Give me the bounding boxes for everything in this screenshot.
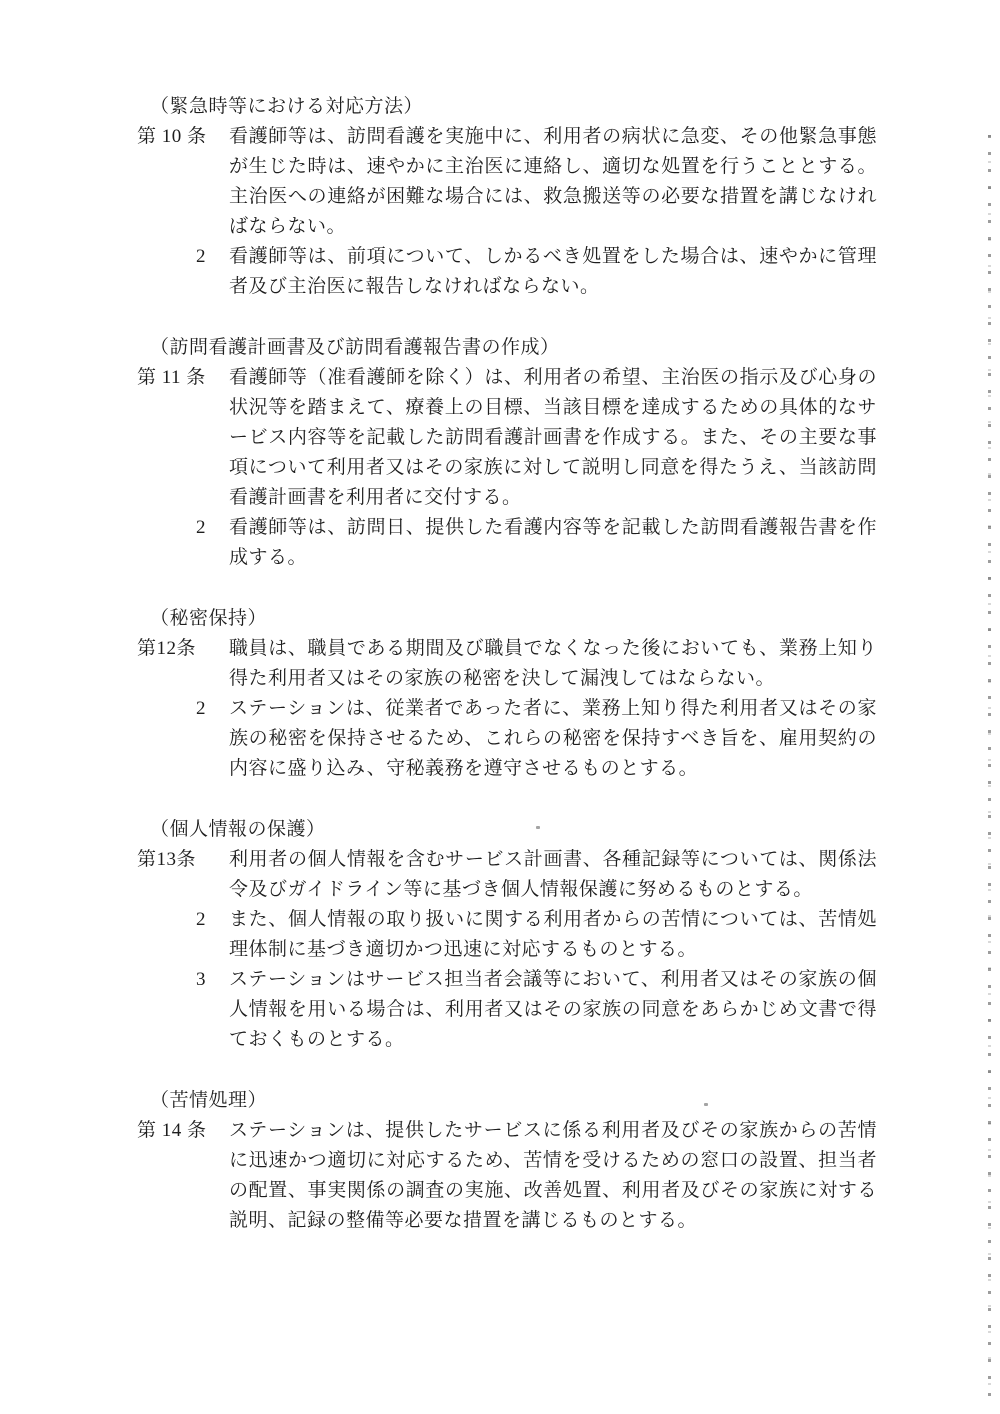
section-confidentiality: （秘密保持） 第12条 職員は、職員である期間及び職員でなくなった後においても、…	[0, 604, 1000, 784]
subitem-text: ステーションはサービス担当者会議等において、利用者又はその家族の個人情報を用いる…	[229, 965, 877, 1055]
article-number: 第 14 条	[137, 1116, 207, 1146]
section-personal-information: （個人情報の保護） 第13条 利用者の個人情報を含むサービス計画書、各種記録等に…	[0, 815, 1000, 1055]
section-heading: （緊急時等における対応方法）	[150, 92, 877, 122]
section-care-plan-and-report: （訪問看護計画書及び訪問看護報告書の作成） 第 11 条 看護師等（准看護師を除…	[0, 333, 1000, 573]
subitem-row: 3 ステーションはサービス担当者会議等において、利用者又はその家族の個人情報を用…	[229, 965, 877, 1055]
article-number: 第 11 条	[137, 363, 206, 393]
subitem-row: 2 看護師等は、訪問日、提供した看護内容等を記載した訪問看護報告書を作成する。	[229, 513, 877, 573]
article-row: 第 10 条 看護師等は、訪問看護を実施中に、利用者の病状に急変、その他緊急事態…	[229, 122, 877, 242]
subitem-number: 2	[196, 242, 206, 272]
subitem-number: 2	[196, 513, 206, 543]
subitem-text: 看護師等は、前項について、しかるべき処置をした場合は、速やかに管理者及び主治医に…	[229, 242, 877, 302]
scan-artifact-speck	[704, 1103, 708, 1106]
subitem-text: ステーションは、従業者であった者に、業務上知り得た利用者又はその家族の秘密を保持…	[229, 694, 877, 784]
scan-artifact-speck	[536, 826, 540, 829]
article-text: 看護師等（准看護師を除く）は、利用者の希望、主治医の指示及び心身の状況等を踏まえ…	[229, 363, 877, 513]
article-row: 第 11 条 看護師等（准看護師を除く）は、利用者の希望、主治医の指示及び心身の…	[229, 363, 877, 513]
section-emergency-response: （緊急時等における対応方法） 第 10 条 看護師等は、訪問看護を実施中に、利用…	[0, 92, 1000, 302]
section-complaint-handling: （苦情処理） 第 14 条 ステーションは、提供したサービスに係る利用者及びその…	[0, 1086, 1000, 1236]
section-heading: （秘密保持）	[150, 604, 877, 634]
section-heading: （個人情報の保護）	[150, 815, 877, 845]
section-heading: （訪問看護計画書及び訪問看護報告書の作成）	[150, 333, 877, 363]
article-number: 第13条	[137, 845, 196, 875]
scanned-document-page: （緊急時等における対応方法） 第 10 条 看護師等は、訪問看護を実施中に、利用…	[0, 0, 1000, 1414]
scan-artifact-right-edge	[988, 135, 991, 1406]
subitem-row: 2 ステーションは、従業者であった者に、業務上知り得た利用者又はその家族の秘密を…	[229, 694, 877, 784]
subitem-row: 2 看護師等は、前項について、しかるべき処置をした場合は、速やかに管理者及び主治…	[229, 242, 877, 302]
article-text: 利用者の個人情報を含むサービス計画書、各種記録等については、関係法令及びガイドラ…	[229, 845, 877, 905]
document-content: （緊急時等における対応方法） 第 10 条 看護師等は、訪問看護を実施中に、利用…	[0, 0, 1000, 1267]
subitem-number: 3	[196, 965, 206, 995]
article-number: 第 10 条	[137, 122, 207, 152]
article-text: 看護師等は、訪問看護を実施中に、利用者の病状に急変、その他緊急事態が生じた時は、…	[229, 122, 877, 242]
section-heading: （苦情処理）	[150, 1086, 877, 1116]
article-text: 職員は、職員である期間及び職員でなくなった後においても、業務上知り得た利用者又は…	[229, 634, 877, 694]
article-row: 第 14 条 ステーションは、提供したサービスに係る利用者及びその家族からの苦情…	[229, 1116, 877, 1236]
subitem-text: また、個人情報の取り扱いに関する利用者からの苦情については、苦情処理体制に基づき…	[229, 905, 877, 965]
subitem-row: 2 また、個人情報の取り扱いに関する利用者からの苦情については、苦情処理体制に基…	[229, 905, 877, 965]
subitem-text: 看護師等は、訪問日、提供した看護内容等を記載した訪問看護報告書を作成する。	[229, 513, 877, 573]
subitem-number: 2	[196, 905, 206, 935]
article-text: ステーションは、提供したサービスに係る利用者及びその家族からの苦情に迅速かつ適切…	[229, 1116, 877, 1236]
article-number: 第12条	[137, 634, 196, 664]
subitem-number: 2	[196, 694, 206, 724]
article-row: 第12条 職員は、職員である期間及び職員でなくなった後においても、業務上知り得た…	[229, 634, 877, 694]
article-row: 第13条 利用者の個人情報を含むサービス計画書、各種記録等については、関係法令及…	[229, 845, 877, 905]
